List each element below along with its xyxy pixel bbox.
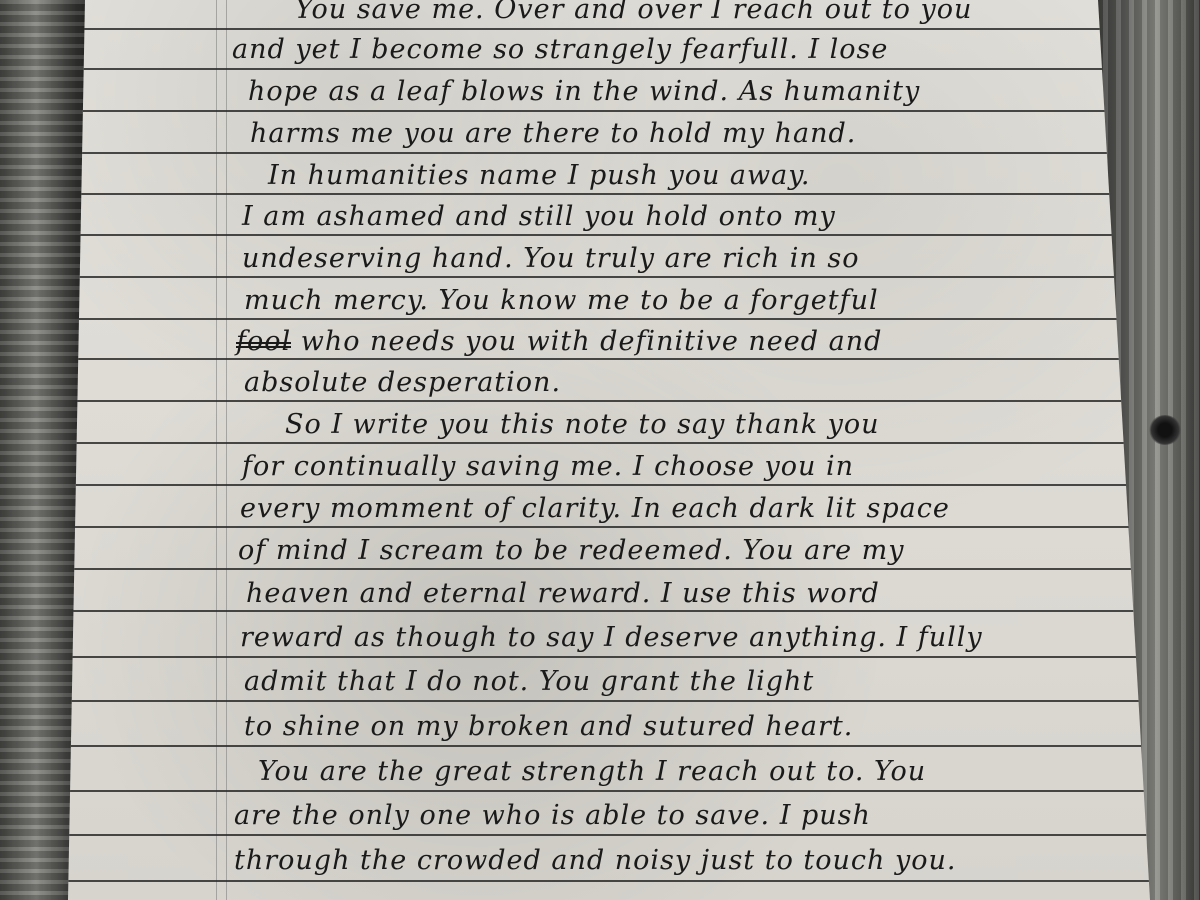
letter-line: are the only one who is able to save. I … xyxy=(234,800,871,831)
ruled-line xyxy=(0,276,1200,278)
letter-line: heaven and eternal reward. I use this wo… xyxy=(246,578,589,609)
ruled-line xyxy=(0,442,1200,444)
ruled-line xyxy=(0,526,1200,528)
ruled-line xyxy=(0,880,1200,882)
letter-line: of mind I scream to be redeemed. You are… xyxy=(238,535,905,566)
struck-word: fool xyxy=(236,326,291,357)
ruled-line xyxy=(0,745,1200,747)
letter-line: to shine on my broken and sutured heart. xyxy=(244,711,853,742)
letter-line: undeserving hand. You truly are rich in … xyxy=(242,243,860,274)
letter-line: through the crowded and noisy just to to… xyxy=(234,845,957,876)
ruled-line xyxy=(0,68,1200,70)
ruled-line xyxy=(0,28,1200,30)
ruled-line xyxy=(0,234,1200,236)
letter-line: admit that I do not. You grant the light xyxy=(244,666,814,697)
margin-line-1 xyxy=(216,0,217,900)
letter-line: every momment of clarity. In each dark l… xyxy=(240,493,950,524)
ruled-line xyxy=(0,318,1200,320)
ruled-line xyxy=(0,152,1200,154)
letter-line: So I write you this note to say thank yo… xyxy=(285,409,880,440)
ruled-line xyxy=(0,790,1200,792)
letter-line: hope as a leaf blows in the wind. As hum… xyxy=(248,76,920,107)
letter-line: In humanities name I push you away. xyxy=(268,160,810,191)
letter-line: and yet I become so strangely fearfull. … xyxy=(232,34,888,65)
letter-line: fool who needs you with definitive need … xyxy=(236,326,882,357)
lined-paper-sheet: You save me. Over and over I reach out t… xyxy=(0,0,1200,900)
ruled-line xyxy=(0,568,1200,570)
ruled-line xyxy=(0,193,1200,195)
ruled-line xyxy=(0,358,1200,360)
wood-knot xyxy=(1148,415,1182,445)
letter-line: reward as though to say I deserve anythi… xyxy=(240,622,983,653)
ruled-line xyxy=(0,400,1200,402)
letter-line: I am ashamed and still you hold onto my xyxy=(242,201,836,232)
letter-line: much mercy. You know me to be a forgetfu… xyxy=(244,285,879,316)
margin-line-2 xyxy=(226,0,227,900)
letter-line: You save me. Over and over I reach out t… xyxy=(295,0,972,25)
letter-line: for continually saving me. I choose you … xyxy=(242,451,854,482)
letter-line: harms me you are there to hold my hand. xyxy=(250,118,856,149)
letter-line: You are the great strength I reach out t… xyxy=(258,756,926,787)
ruled-line xyxy=(0,110,1200,112)
ruled-line xyxy=(0,656,1200,658)
ruled-line xyxy=(0,700,1200,702)
ruled-line xyxy=(0,610,1200,612)
letter-line: absolute desperation. xyxy=(244,367,561,398)
ruled-line xyxy=(0,834,1200,836)
ruled-line xyxy=(0,484,1200,486)
